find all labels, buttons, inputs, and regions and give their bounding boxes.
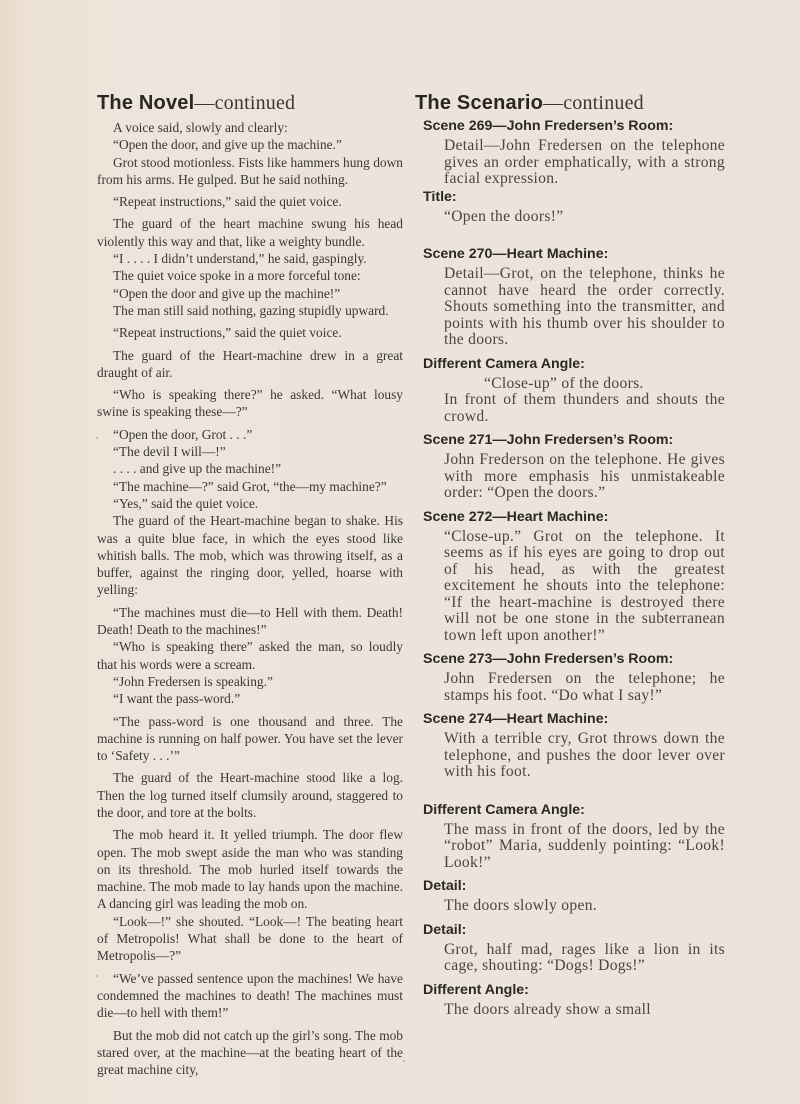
novel-heading-continued: —continued — [194, 92, 295, 114]
scenario-column: The Scenario—continued Scene 269—John Fr… — [415, 92, 725, 1024]
novel-column: The Novel—continued A voice said, slowly… — [97, 92, 403, 1083]
scene-description: “Close-up” of the doors. — [444, 376, 725, 393]
novel-paragraph: The quiet voice spoke in a more forceful… — [97, 267, 403, 284]
scene-description: The mass in front of the doors, led by t… — [444, 822, 725, 872]
novel-paragraph: “Who is speaking there” asked the man, s… — [97, 638, 403, 673]
scene-heading: Different Camera Angle: — [423, 355, 725, 374]
novel-paragraph: “The machine—?” said Grot, “the—my machi… — [97, 478, 403, 495]
novel-paragraph: The guard of the Heart-machine began to … — [97, 512, 403, 598]
novel-paragraph: “Open the door and give up the machine!” — [97, 285, 403, 302]
scene-description: John Frederson on the telephone. He give… — [444, 452, 725, 502]
novel-paragraph: “Repeat instructions,” said the quiet vo… — [97, 324, 403, 341]
paper-speck — [96, 975, 98, 977]
scene-description: “Close-up.” Grot on the telephone. It se… — [444, 529, 725, 645]
scene-heading: Scene 271—John Fredersen’s Room: — [423, 431, 725, 450]
scene-description: “Open the doors!” — [444, 209, 725, 226]
novel-paragraph: The mob heard it. It yelled triumph. The… — [97, 826, 403, 912]
scene-description: Grot, half mad, rages like a lion in its… — [444, 942, 725, 975]
novel-paragraph: “I want the pass-word.” — [97, 690, 403, 707]
scene-heading: Scene 274—Heart Machine: — [423, 710, 725, 729]
novel-paragraph: “The pass-word is one thousand and three… — [97, 713, 403, 765]
scene-description: With a terrible cry, Grot throws down th… — [444, 731, 725, 781]
novel-paragraph: The man still said nothing, gazing stupi… — [97, 302, 403, 319]
scene-description: In front of them thunders and shouts the… — [444, 392, 725, 425]
novel-paragraph: “Open the door, Grot . . .” — [97, 426, 403, 443]
scene-heading: Different Camera Angle: — [423, 801, 725, 820]
novel-paragraph: But the mob did not catch up the girl’s … — [97, 1027, 403, 1079]
scene-description: Detail—Grot, on the telephone, thinks he… — [444, 266, 725, 349]
scene-heading: Scene 273—John Fredersen’s Room: — [423, 650, 725, 669]
novel-paragraph: “Look—!” she shouted. “Look—! The beatin… — [97, 913, 403, 965]
novel-paragraph: “We’ve passed sentence upon the machines… — [97, 970, 403, 1022]
novel-paragraph: “I . . . . I didn’t understand,” he said… — [97, 250, 403, 267]
scenario-heading-title: The Scenario — [415, 92, 543, 114]
novel-paragraph: The guard of the Heart-machine stood lik… — [97, 769, 403, 821]
scene-description: John Fredersen on the telephone; he stam… — [444, 671, 725, 704]
novel-heading-title: The Novel — [97, 92, 194, 114]
novel-paragraph: “John Fredersen is speaking.” — [97, 673, 403, 690]
novel-paragraph: . . . . and give up the machine!” — [97, 460, 403, 477]
novel-heading: The Novel—continued — [97, 92, 403, 115]
scenario-heading-continued: —continued — [543, 92, 644, 114]
novel-paragraph: “Repeat instructions,” said the quiet vo… — [97, 193, 403, 210]
scene-heading: Different Angle: — [423, 981, 725, 1000]
scene-heading: Scene 270—Heart Machine: — [423, 245, 725, 264]
scene-description: Detail—John Fredersen on the telephone g… — [444, 138, 725, 188]
scene-heading: Detail: — [423, 921, 725, 940]
scene-heading: Scene 269—John Fredersen’s Room: — [423, 117, 725, 136]
scene-heading: Title: — [423, 188, 725, 207]
scanned-page: The Novel—continued A voice said, slowly… — [0, 0, 800, 1104]
novel-paragraph: “The machines must die—to Hell with them… — [97, 604, 403, 639]
novel-paragraph: “Who is speaking there?” he asked. “What… — [97, 386, 403, 421]
novel-paragraph: “The devil I will—!” — [97, 443, 403, 460]
scene-description: The doors already show a small — [444, 1002, 725, 1019]
scenario-heading: The Scenario—continued — [415, 92, 725, 115]
paper-speck — [96, 437, 98, 439]
paper-speck — [403, 1060, 405, 1062]
novel-paragraph: The guard of the Heart-machine drew in a… — [97, 347, 403, 382]
novel-paragraph: Grot stood motionless. Fists like hammer… — [97, 154, 403, 189]
scene-heading: Scene 272—Heart Machine: — [423, 508, 725, 527]
scene-description: The doors slowly open. — [444, 898, 725, 915]
novel-paragraph: A voice said, slowly and clearly: — [97, 119, 403, 136]
novel-paragraph: “Yes,” said the quiet voice. — [97, 495, 403, 512]
novel-paragraph: The guard of the heart machine swung his… — [97, 215, 403, 250]
scene-heading: Detail: — [423, 877, 725, 896]
novel-paragraph: “Open the door, and give up the machine.… — [97, 136, 403, 153]
